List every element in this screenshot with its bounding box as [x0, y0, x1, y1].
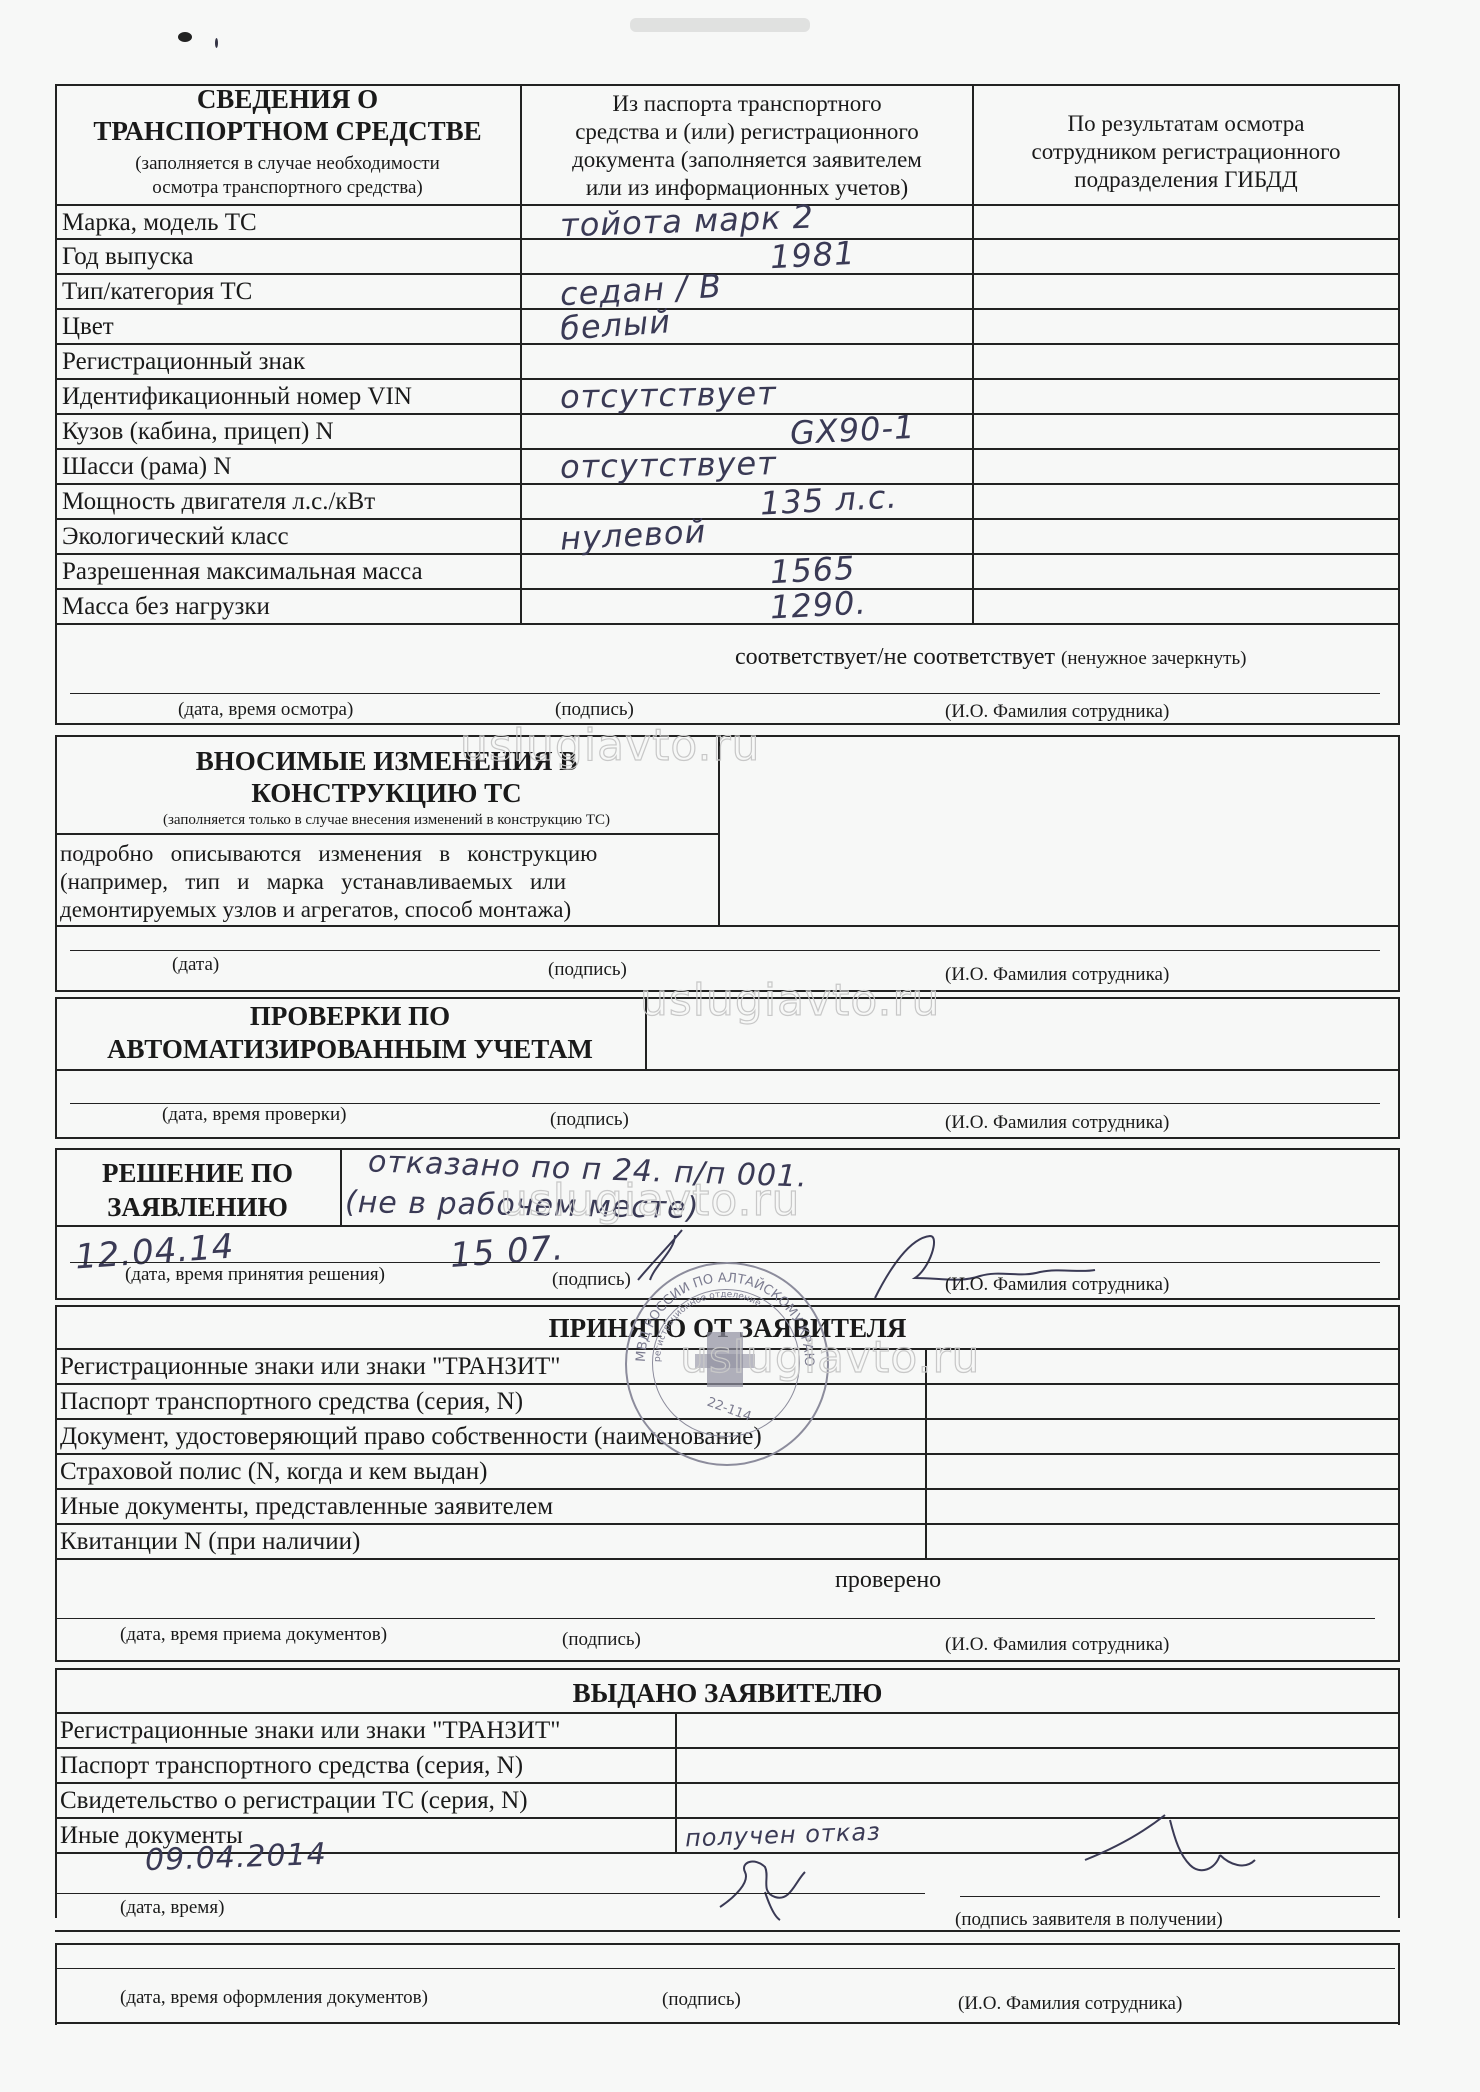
decision-handwritten-time: 15 07. — [449, 1228, 566, 1276]
vehicle-row-label: Экологический класс — [62, 524, 289, 549]
received-row-label: Квитанции N (при наличии) — [60, 1529, 360, 1554]
vehicle-row-label: Шасси (рама) N — [62, 454, 231, 479]
ink-tick-mark — [215, 38, 218, 48]
issued-handwritten-date: 09.04.2014 — [144, 1837, 327, 1878]
received-row-label: Страховой полис (N, когда и кем выдан) — [60, 1459, 488, 1484]
vehicle-row-label: Кузов (кабина, прицеп) N — [62, 419, 334, 444]
decision-title-1: РЕШЕНИЕ ПО — [55, 1160, 340, 1187]
construction-desc-1: подробно описываются изменения в констру… — [60, 842, 597, 865]
issued-row-value[interactable]: получен отказ — [685, 1818, 882, 1853]
construction-desc-2: (например, тип и марка устанавливаемых и… — [60, 870, 566, 893]
construction-name-caption: (И.О. Фамилия сотрудника) — [945, 965, 1169, 984]
registration-form-page: СВЕДЕНИЯ О ТРАНСПОРТНОМ СРЕДСТВЕ (заполн… — [0, 0, 1480, 2092]
stamp-number: 22-114 — [705, 1395, 753, 1425]
decision-signature-caption: (подпись) — [552, 1270, 631, 1289]
received-date-caption: (дата, время приема документов) — [120, 1625, 387, 1644]
conformity-options[interactable]: соответствует/не соответствует — [735, 644, 1055, 670]
vehicle-info-title-2: ТРАНСПОРТНОМ СРЕДСТВЕ — [55, 118, 520, 145]
decision-date-caption: (дата, время принятия решения) — [125, 1265, 385, 1284]
issued-row-label: Свидетельство о регистрации ТС (серия, N… — [60, 1788, 528, 1813]
issued-row-label: Паспорт транспортного средства (серия, N… — [60, 1753, 523, 1778]
conformity-text[interactable]: соответствует/не соответствует (ненужное… — [735, 645, 1246, 669]
vehicle-row-passport-value[interactable]: белый — [559, 302, 672, 348]
watermark-3: uslugiavto.ru — [500, 1175, 800, 1226]
passport-col-header-1: Из паспорта транспортного — [522, 92, 972, 115]
scan-smudge — [630, 18, 810, 32]
checks-date-caption: (дата, время проверки) — [162, 1105, 347, 1124]
checked-text: проверено — [835, 1568, 941, 1592]
applicant-signature-2 — [1080, 1810, 1260, 1890]
passport-col-header-2: средства и (или) регистрационного — [522, 120, 972, 143]
vehicle-row-label: Мощность двигателя л.с./кВт — [62, 489, 375, 514]
construction-date-caption: (дата) — [172, 955, 219, 974]
inspection-date-caption: (дата, время осмотра) — [178, 700, 353, 719]
passport-col-header-4: или из информационных учетов) — [522, 176, 972, 199]
inspection-col-header-2: сотрудником регистрационного — [974, 140, 1398, 163]
watermark-4: uslugiavto.ru — [680, 1332, 980, 1383]
inspection-col-header-1: По результатам осмотра — [974, 112, 1398, 135]
vehicle-row-label: Год выпуска — [62, 244, 193, 269]
checks-title-2: АВТОМАТИЗИРОВАННЫМ УЧЕТАМ — [55, 1036, 645, 1063]
final-date-caption: (дата, время оформления документов) — [120, 1988, 428, 2007]
construction-title-2: КОНСТРУКЦИЮ ТС — [55, 780, 718, 807]
issued-date-caption: (дата, время) — [120, 1898, 224, 1917]
construction-desc-3: демонтируемых узлов и агрегатов, способ … — [60, 898, 571, 921]
conformity-note: (ненужное зачеркнуть) — [1061, 648, 1246, 669]
applicant-signature-caption: (подпись заявителя в получении) — [955, 1910, 1223, 1929]
inspection-name-caption: (И.О. Фамилия сотрудника) — [945, 702, 1169, 721]
vehicle-row-passport-value[interactable]: GX90-1 — [789, 408, 916, 453]
vehicle-info-note-1: (заполняется в случае необходимости — [55, 154, 520, 173]
received-row-label: Регистрационные знаки или знаки "ТРАНЗИТ… — [60, 1354, 560, 1379]
passport-col-header-3: документа (заполняется заявителем — [522, 148, 972, 171]
vehicle-row-label: Идентификационный номер VIN — [62, 384, 412, 409]
vehicle-info-note-2: осмотра транспортного средства) — [55, 178, 520, 197]
checks-title-1: ПРОВЕРКИ ПО — [55, 1003, 645, 1030]
decision-name-caption: (И.О. Фамилия сотрудника) — [945, 1275, 1169, 1294]
checks-name-caption: (И.О. Фамилия сотрудника) — [945, 1113, 1169, 1132]
ink-blot-mark — [178, 32, 192, 42]
decision-title-2: ЗАЯВЛЕНИЮ — [55, 1194, 340, 1221]
watermark-1: uslugiavto.ru — [460, 720, 760, 771]
received-row-label: Паспорт транспортного средства (серия, N… — [60, 1389, 523, 1414]
construction-signature-caption: (подпись) — [548, 960, 627, 979]
vehicle-info-title-1: СВЕДЕНИЯ О — [55, 86, 520, 113]
issued-title: ВЫДАНО ЗАЯВИТЕЛЮ — [55, 1680, 1400, 1707]
applicant-signature-1 — [715, 1852, 825, 1922]
vehicle-row-passport-value[interactable]: отсутствует — [560, 444, 777, 486]
vehicle-row-label: Цвет — [62, 314, 114, 339]
vehicle-row-passport-value[interactable]: 1981 — [769, 234, 856, 276]
received-name-caption: (И.О. Фамилия сотрудника) — [945, 1635, 1169, 1654]
vehicle-row-label: Марка, модель ТС — [62, 210, 257, 235]
vehicle-row-label: Разрешенная максимальная масса — [62, 559, 423, 584]
inspection-col-header-3: подразделения ГИБДД — [974, 168, 1398, 191]
received-row-label: Иные документы, представленные заявителе… — [60, 1494, 553, 1519]
vehicle-row-passport-value[interactable]: 1290. — [769, 583, 867, 626]
construction-note: (заполняется только в случае внесения из… — [55, 813, 718, 828]
received-signature-caption: (подпись) — [562, 1630, 641, 1649]
watermark-2: uslugiavto.ru — [640, 975, 940, 1026]
vehicle-row-label: Регистрационный знак — [62, 349, 305, 374]
vehicle-row-passport-value[interactable]: 135 л.с. — [759, 477, 898, 522]
final-signature-caption: (подпись) — [662, 1990, 741, 2009]
vehicle-row-label: Масса без нагрузки — [62, 594, 270, 619]
checks-signature-caption: (подпись) — [550, 1110, 629, 1129]
final-name-caption: (И.О. Фамилия сотрудника) — [958, 1994, 1182, 2013]
vehicle-row-label: Тип/категория ТС — [62, 279, 252, 304]
vehicle-row-passport-value[interactable]: отсутствует — [560, 374, 777, 416]
vehicle-row-passport-value[interactable]: нулевой — [559, 512, 707, 558]
issued-row-label: Регистрационные знаки или знаки "ТРАНЗИТ… — [60, 1718, 560, 1743]
inspection-signature-caption: (подпись) — [555, 700, 634, 719]
